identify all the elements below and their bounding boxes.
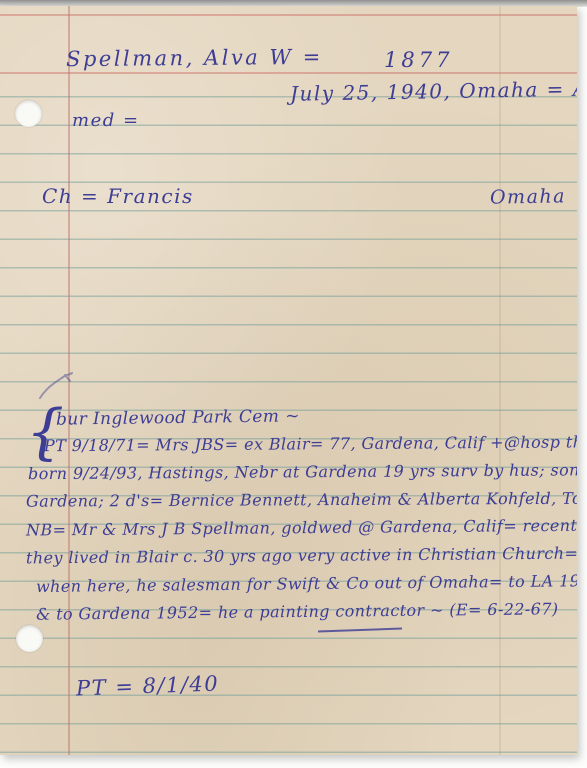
- children-line: Ch = Francis: [42, 184, 194, 208]
- punch-hole-bottom: [16, 625, 43, 652]
- name-heading: Spellman, Alva W =: [66, 45, 323, 71]
- pen-scribble-mark: [36, 372, 80, 400]
- punch-hole-top: [15, 100, 42, 127]
- footer-date: PT = 8/1/40: [76, 672, 220, 701]
- obit-note-line: born 9/24/93, Hastings, Nebr at Gardena …: [28, 460, 577, 483]
- med-note: med =: [72, 110, 140, 131]
- header-rule-line-top: [0, 14, 577, 16]
- header-rule-line-bottom: [0, 72, 577, 74]
- obit-note-line: PT 9/18/71= Mrs JBS= ex Blair= 77, Garde…: [44, 432, 577, 455]
- death-date-place: July 25, 1940, Omaha = Arl: [290, 76, 577, 106]
- note-card: Spellman, Alva W = 1877 July 25, 1940, O…: [0, 6, 577, 755]
- burial-line: bur Inglewood Park Cem ~: [56, 406, 300, 429]
- birth-year: 1877: [384, 48, 453, 72]
- obit-note-line: Gardena; 2 d's= Bernice Bennett, Anaheim…: [26, 488, 577, 510]
- paper-crease: [499, 6, 501, 755]
- children-place: Omaha: [490, 185, 566, 208]
